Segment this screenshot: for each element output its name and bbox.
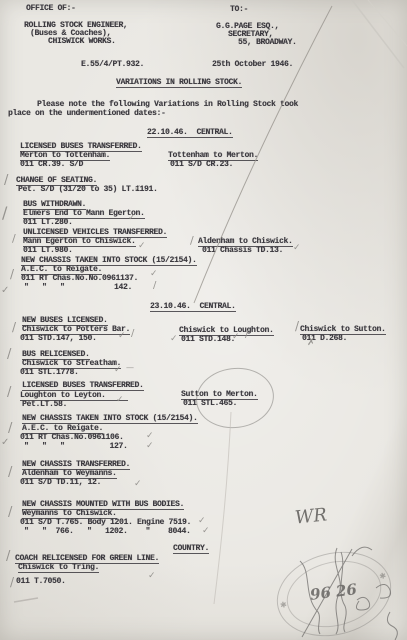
fleet-line: 011 STD.147, 150. <box>20 335 97 343</box>
pencil-mark: ✓ <box>1 286 9 295</box>
pencil-mark: ✓ <box>170 335 178 344</box>
pencil-mark: / <box>12 323 16 332</box>
fleet-line: 011 T.7050. <box>16 578 66 586</box>
page-title: VARIATIONS IN ROLLING STOCK. <box>116 79 242 88</box>
pencil-mark: ✓ <box>146 442 154 451</box>
pencil-mark: ✓ <box>202 527 210 536</box>
pencil-mark: / <box>153 281 156 290</box>
pencil-mark: — <box>126 363 134 372</box>
fleet-line: 011 Chassis TD.13. <box>202 247 283 255</box>
scanned-letter-page: OFFICE OF:- TO:- ROLLING STOCK ENGINEER,… <box>0 0 407 640</box>
letter-date: 25th October 1946. <box>212 61 293 69</box>
pencil-mark: / <box>8 424 12 433</box>
pencil-mark: / <box>6 552 10 561</box>
fleet-line: 011 D.268. <box>302 335 347 343</box>
route-line: Chiswick to Tring. <box>18 564 99 573</box>
fleet-ditto-line: " " " 142. <box>24 284 132 292</box>
pencil-mark: ✓ <box>150 270 158 279</box>
pencil-mark: / <box>8 468 12 477</box>
recipient-line-3: 55, BROADWAY. <box>238 39 297 47</box>
reference-number: E.55/4/PT.932. <box>81 61 144 69</box>
intro-line-2: place on the undermentioned dates:- <box>8 110 166 118</box>
fleet-line: 011 LT.280. <box>23 219 73 227</box>
pencil-mark: / <box>131 329 134 338</box>
fleet-line: 011 S/D T.765. Body 1201. Engine 7519. <box>20 519 191 527</box>
pencil-mark: ✓ <box>138 242 146 251</box>
stamp-inner-ring <box>280 551 389 636</box>
pencil-circle-annotation <box>193 363 278 432</box>
pencil-mark: ✓ <box>1 438 9 447</box>
pencil-mark: / <box>2 208 7 217</box>
pencil-mark: / <box>190 236 194 245</box>
oval-date-stamp: ✱ ✱ <box>268 540 400 640</box>
pencil-mark: ✓ <box>293 244 301 253</box>
pencil-mark: / <box>10 578 14 587</box>
date-heading-2: 23.10.46. CENTRAL. <box>150 303 236 312</box>
fleet-line: Pet.LT.58. <box>22 401 67 409</box>
to-label: TO:- <box>230 6 248 14</box>
fleet-line: 011 RT Chas.No.0961106. <box>20 434 124 442</box>
fleet-ditto-line: " " " 127. <box>24 443 128 451</box>
pencil-mark: / <box>10 270 14 279</box>
detail-line: Pet. S/D (31/20 to 35) LT.1191. <box>18 186 158 194</box>
fleet-line: 011 S/D CR.23. <box>170 161 233 169</box>
date-heading-1: 22.10.46. CENTRAL. <box>147 129 233 138</box>
pencil-mark: / <box>4 176 8 185</box>
pencil-mark: / <box>8 508 12 517</box>
pencil-mark: / <box>295 322 299 331</box>
pencil-mark: ✓ <box>198 517 206 526</box>
stamp-star-icon: ✱ <box>378 571 387 581</box>
pencil-mark: ✓ <box>146 432 154 441</box>
fleet-line: 011 RT Chas.No.No.0961137. <box>21 275 138 283</box>
fleet-line: 011 CR.39. S/D <box>20 161 83 169</box>
pencil-mark: / <box>7 350 11 359</box>
section-heading: NEW CHASSIS TAKEN INTO STOCK (15/2154). <box>22 415 198 424</box>
pencil-mark: ✓ <box>148 572 156 581</box>
fleet-line: 011 STD.148. <box>181 336 235 344</box>
section-heading: LICENSED BUSES TRANSFERRED. <box>22 382 144 391</box>
office-of-label: OFFICE OF:- <box>26 5 76 13</box>
pencil-mark: ✓ <box>134 480 142 489</box>
fleet-ditto-line: " " 766. " 1202. " 8044. <box>24 528 191 536</box>
fleet-line: 011 LT.980. <box>23 247 73 255</box>
pencil-mark: / <box>7 388 11 397</box>
country-heading: COUNTRY. <box>173 545 209 554</box>
fleet-line: 011 S/D TD.11, 12. <box>20 479 101 487</box>
fleet-line: 011 STL.1778. <box>20 369 79 377</box>
sender-line-3: CHISWICK WORKS. <box>48 38 116 46</box>
pencil-mark: / <box>12 234 16 243</box>
intro-line-1: Please note the following Variations in … <box>37 101 298 109</box>
handwritten-initials: WR <box>294 504 328 528</box>
stamp-star-icon: ✱ <box>279 600 288 610</box>
